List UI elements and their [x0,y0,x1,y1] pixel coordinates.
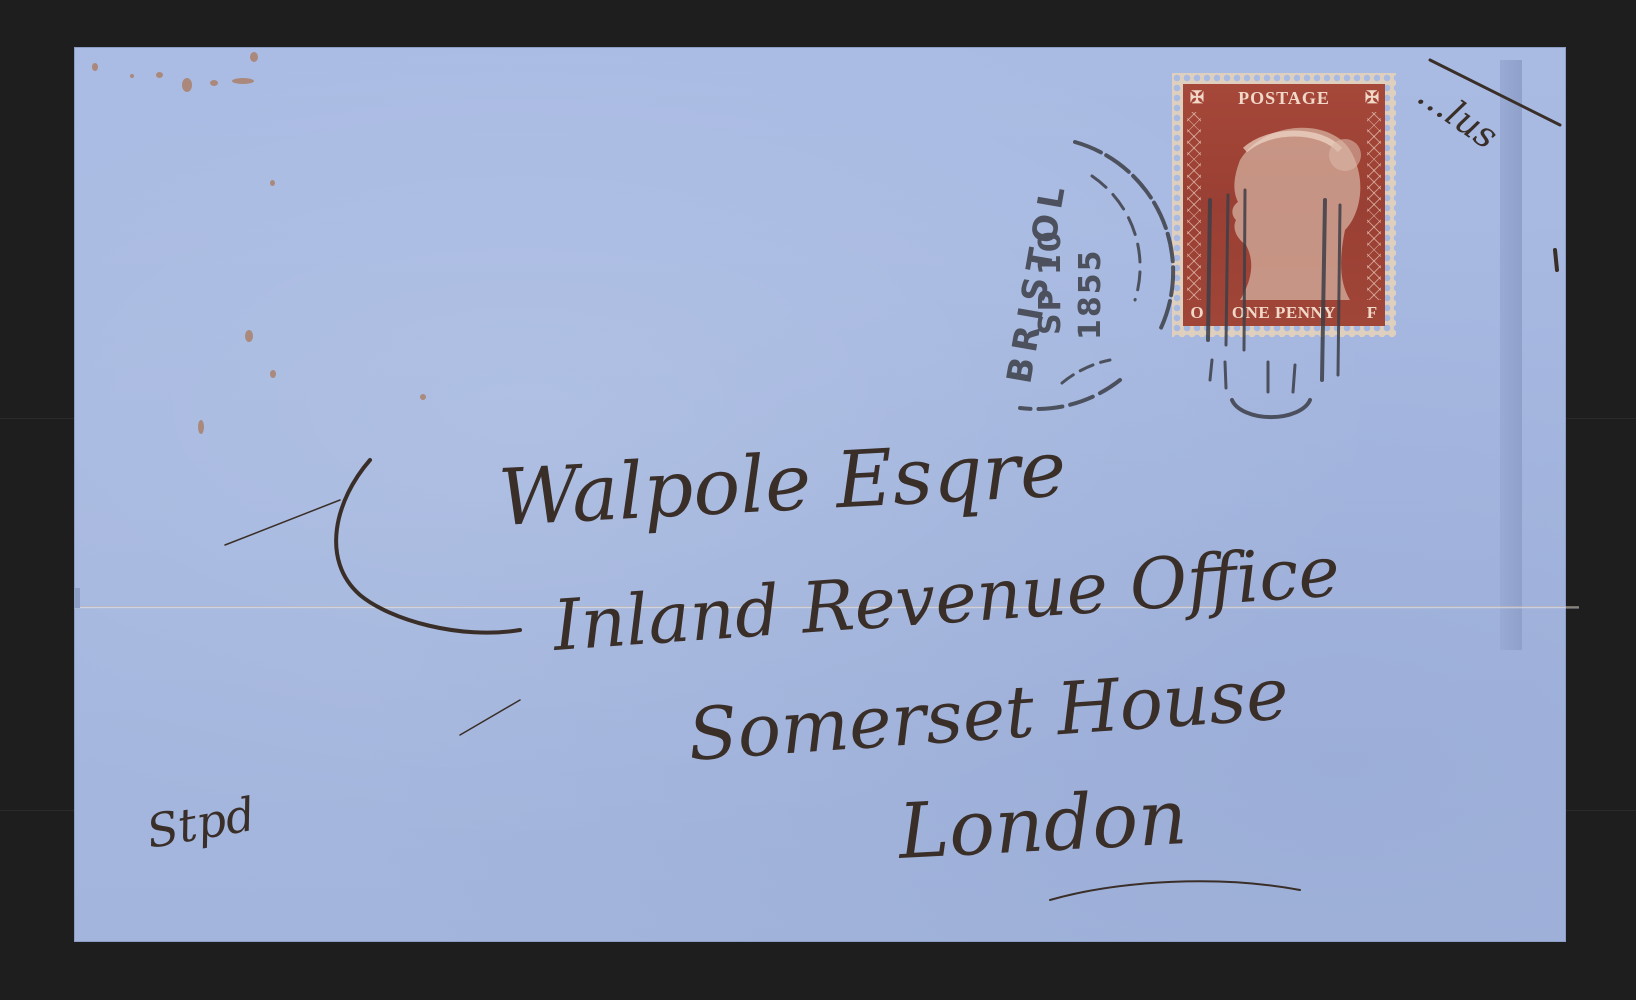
handwriting-layer: Walpole Esqre Inland Revenue Office Some… [0,0,1636,1000]
corner-annotation: ...lus [1410,74,1505,158]
stpd-annotation: Stpd [143,787,260,859]
address-line-1: Walpole Esqre [496,424,1068,544]
address-line-2: Inland Revenue Office [548,530,1342,667]
address-line-3: Somerset House [685,651,1291,777]
address-line-4: London [894,772,1189,876]
